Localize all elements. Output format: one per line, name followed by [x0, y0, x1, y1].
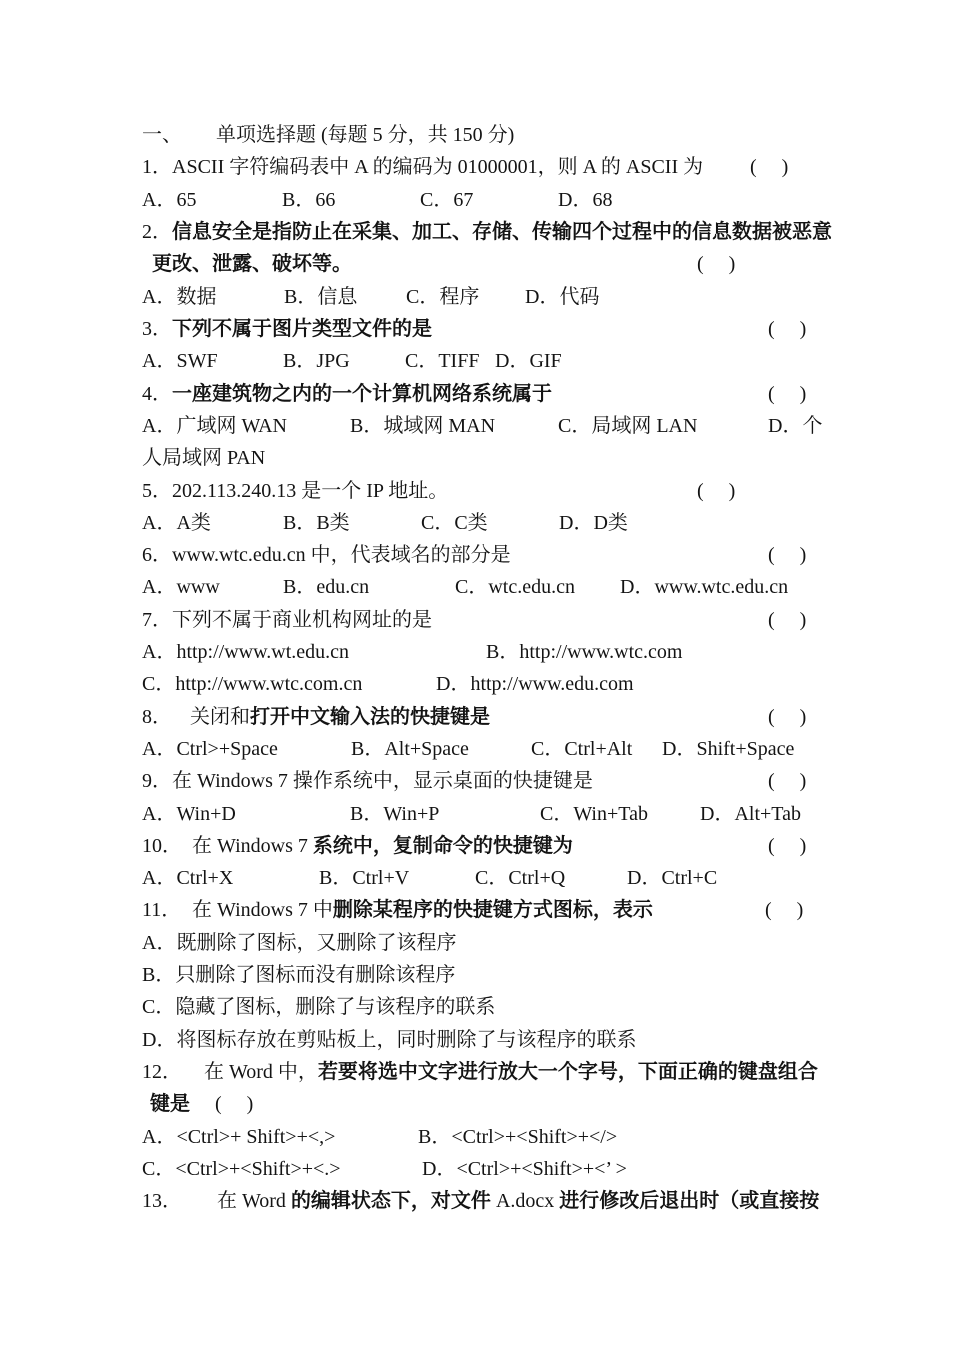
q7-option-c: C．http://www.wtc.com.cn	[142, 668, 436, 700]
question-10-options: A．Ctrl+XB．Ctrl+VC．Ctrl+QD．Ctrl+C	[142, 862, 842, 894]
question-2-stem-cont: 更改、泄露、破坏等。( )	[142, 248, 842, 280]
exam-document-page: 一、单项选择题 (每题 5 分，共 150 分) 1．ASCII 字符编码表中 …	[0, 0, 959, 1356]
question-11-text-bold: 删除某程序的快捷键方式图标，表示	[333, 899, 653, 921]
q6-option-a: A．www	[142, 571, 283, 603]
q10-option-d: D．Ctrl+C	[627, 862, 717, 894]
question-6-text: www.wtc.edu.cn 中，代表域名的部分是	[172, 544, 511, 566]
question-9-options: A．Win+DB．Win+PC．Win+TabD．Alt+Tab	[142, 798, 842, 830]
q3-option-b: B．JPG	[283, 345, 405, 377]
question-13-number: 13．	[142, 1185, 217, 1217]
question-8-options: A．Ctrl>+SpaceB．Alt+SpaceC．Ctrl+AltD．Shif…	[142, 733, 842, 765]
question-7-text: 下列不属于商业机构网址的是	[172, 609, 432, 631]
question-13-text-2: 的编辑状态下，对文件	[291, 1190, 496, 1212]
q10-option-b: B．Ctrl+V	[319, 862, 475, 894]
q1-option-d: D．68	[558, 184, 612, 216]
q8-option-d: D．Shift+Space	[662, 733, 794, 765]
question-6-number: 6．	[142, 539, 172, 571]
question-12-text: 在 Word 中，	[204, 1061, 318, 1083]
question-5-text: 202.113.240.13 是一个 IP 地址。	[172, 480, 448, 502]
q12-option-c: C．<Ctrl>+<Shift>+<.>	[142, 1153, 422, 1185]
q7-option-b: B．http://www.wtc.com	[486, 636, 682, 668]
section-title: 单项选择题 (每题 5 分，共 150 分)	[216, 124, 514, 146]
question-13-text-1: 在 Word	[217, 1190, 291, 1212]
question-11-number: 11．	[142, 894, 192, 926]
question-8-text-bold: 打开中文输入法的快捷键是	[250, 706, 490, 728]
q3-option-c: C．TIFF	[405, 345, 495, 377]
question-2-text-line1: 信息安全是指防止在采集、加工、存储、传输四个过程中的信息数据被恶意	[172, 221, 832, 243]
q4-option-b: B．城域网 MAN	[350, 410, 558, 442]
question-12-stem-cont: 键是( )	[142, 1088, 842, 1120]
q2-option-b: B．信息	[284, 281, 406, 313]
question-10-text-bold: 系统中，复制命令的快捷键为	[313, 835, 573, 857]
q5-option-a: A．A类	[142, 507, 283, 539]
question-13-text-3: A.docx	[496, 1190, 559, 1212]
question-10-text: 在 Windows 7	[192, 835, 313, 857]
q4-option-c: C．局域网 LAN	[558, 410, 768, 442]
q3-option-a: A．SWF	[142, 345, 283, 377]
q1-option-c: C．67	[420, 184, 558, 216]
question-1-stem: 1．ASCII 字符编码表中 A 的编码为 01000001，则 A 的 ASC…	[142, 151, 842, 183]
q12-option-b: B．<Ctrl>+<Shift>+</>	[418, 1121, 617, 1153]
answer-bracket: ( )	[697, 475, 735, 507]
question-2-stem: 2．信息安全是指防止在采集、加工、存储、传输四个过程中的信息数据被恶意	[142, 216, 842, 248]
q10-option-c: C．Ctrl+Q	[475, 862, 627, 894]
question-12-options-ab: A．<Ctrl>+ Shift>+<,>B．<Ctrl>+<Shift>+</>	[142, 1121, 842, 1153]
question-12-text-bold: 若要将选中文字进行放大一个字号，下面正确的键盘组合	[318, 1061, 818, 1083]
q2-option-a: A．数据	[142, 281, 284, 313]
q12-option-d: D．<Ctrl>+<Shift>+<’ >	[422, 1153, 627, 1185]
q6-option-c: C．wtc.edu.cn	[455, 571, 620, 603]
q6-option-b: B．edu.cn	[283, 571, 455, 603]
answer-bracket: ( )	[215, 1088, 253, 1120]
section-heading: 一、单项选择题 (每题 5 分，共 150 分)	[142, 119, 842, 151]
question-11-option-b: B．只删除了图标而没有删除该程序	[142, 959, 842, 991]
question-11-option-d: D．将图标存放在剪贴板上，同时删除了与该程序的联系	[142, 1024, 842, 1056]
question-10-number: 10．	[142, 830, 192, 862]
q11-option-b: B．只删除了图标而没有删除该程序	[142, 964, 455, 986]
question-12-options-cd: C．<Ctrl>+<Shift>+<.>D．<Ctrl>+<Shift>+<’ …	[142, 1153, 842, 1185]
q4-option-d: D．个	[768, 410, 822, 442]
section-number: 一、	[142, 119, 216, 151]
q8-option-b: B．Alt+Space	[351, 733, 531, 765]
q5-option-b: B．B类	[283, 507, 421, 539]
q8-option-a: A．Ctrl>+Space	[142, 733, 351, 765]
q11-option-a: A．既删除了图标，又删除了该程序	[142, 932, 456, 954]
q1-option-b: B．66	[282, 184, 420, 216]
question-5-stem: 5．202.113.240.13 是一个 IP 地址。( )	[142, 475, 842, 507]
question-4-stem: 4．一座建筑物之内的一个计算机网络系统属于( )	[142, 378, 842, 410]
answer-bracket: ( )	[768, 378, 806, 410]
question-4-text: 一座建筑物之内的一个计算机网络系统属于	[172, 383, 552, 405]
question-3-stem: 3．下列不属于图片类型文件的是( )	[142, 313, 842, 345]
question-3-text: 下列不属于图片类型文件的是	[172, 318, 432, 340]
q4-option-d-cont-text: 人局域网 PAN	[142, 447, 265, 469]
question-11-option-c: C．隐藏了图标，删除了与该程序的联系	[142, 991, 842, 1023]
q5-option-c: C．C类	[421, 507, 559, 539]
question-5-number: 5．	[142, 475, 172, 507]
question-7-stem: 7．下列不属于商业机构网址的是( )	[142, 604, 842, 636]
q10-option-a: A．Ctrl+X	[142, 862, 319, 894]
q2-option-c: C．程序	[406, 281, 525, 313]
question-5-options: A．A类B．B类C．C类D．D类	[142, 507, 842, 539]
answer-bracket: ( )	[768, 604, 806, 636]
question-4-number: 4．	[142, 378, 172, 410]
question-12-number: 12．	[142, 1056, 204, 1088]
q11-option-d: D．将图标存放在剪贴板上，同时删除了与该程序的联系	[142, 1029, 636, 1051]
q7-option-a: A．http://www.wt.edu.cn	[142, 636, 486, 668]
answer-bracket: ( )	[768, 539, 806, 571]
q2-option-d: D．代码	[525, 281, 599, 313]
question-7-options-ab: A．http://www.wt.edu.cnB．http://www.wtc.c…	[142, 636, 842, 668]
q9-option-d: D．Alt+Tab	[700, 798, 801, 830]
answer-bracket: ( )	[768, 765, 806, 797]
question-2-text-line2: 更改、泄露、破坏等。	[152, 253, 352, 275]
q12-option-a: A．<Ctrl>+ Shift>+<,>	[142, 1121, 418, 1153]
question-4-options: A．广域网 WANB．城域网 MANC．局域网 LAND．个	[142, 410, 842, 442]
q9-option-a: A．Win+D	[142, 798, 350, 830]
question-12-stem: 12．在 Word 中，若要将选中文字进行放大一个字号，下面正确的键盘组合	[142, 1056, 842, 1088]
q9-option-b: B．Win+P	[350, 798, 540, 830]
question-11-text: 在 Windows 7 中	[192, 899, 333, 921]
answer-bracket: ( )	[765, 894, 803, 926]
q11-option-c: C．隐藏了图标，删除了与该程序的联系	[142, 996, 495, 1018]
answer-bracket: ( )	[768, 830, 806, 862]
question-11-stem: 11．在 Windows 7 中删除某程序的快捷键方式图标，表示( )	[142, 894, 842, 926]
q8-option-c: C．Ctrl+Alt	[531, 733, 662, 765]
question-3-number: 3．	[142, 313, 172, 345]
question-13-stem: 13．在 Word 的编辑状态下，对文件 A.docx 进行修改后退出时（或直接…	[142, 1185, 842, 1217]
q7-option-d: D．http://www.edu.com	[436, 668, 634, 700]
question-6-options: A．wwwB．edu.cnC．wtc.edu.cnD．www.wtc.edu.c…	[142, 571, 842, 603]
question-2-number: 2．	[142, 216, 172, 248]
question-10-stem: 10．在 Windows 7 系统中，复制命令的快捷键为( )	[142, 830, 842, 862]
question-4-option-d-cont: 人局域网 PAN	[142, 442, 842, 474]
answer-bracket: ( )	[697, 248, 735, 280]
question-11-option-a: A．既删除了图标，又删除了该程序	[142, 927, 842, 959]
question-2-options: A．数据B．信息C．程序D．代码	[142, 281, 842, 313]
q5-option-d: D．D类	[559, 507, 628, 539]
question-8-stem: 8．关闭和打开中文输入法的快捷键是( )	[142, 701, 842, 733]
question-12-text-line2: 键是	[150, 1093, 190, 1115]
question-6-stem: 6．www.wtc.edu.cn 中，代表域名的部分是( )	[142, 539, 842, 571]
q9-option-c: C．Win+Tab	[540, 798, 700, 830]
question-1-number: 1．	[142, 151, 172, 183]
answer-bracket: ( )	[768, 701, 806, 733]
question-7-options-cd: C．http://www.wtc.com.cnD．http://www.edu.…	[142, 668, 842, 700]
question-3-options: A．SWFB．JPGC．TIFFD．GIF	[142, 345, 842, 377]
q6-option-d: D．www.wtc.edu.cn	[620, 571, 788, 603]
question-1-options: A．65B．66C．67D．68	[142, 184, 842, 216]
question-9-stem: 9．在 Windows 7 操作系统中，显示桌面的快捷键是( )	[142, 765, 842, 797]
q4-option-a: A．广域网 WAN	[142, 410, 350, 442]
q3-option-d: D．GIF	[495, 345, 562, 377]
question-9-number: 9．	[142, 765, 172, 797]
question-9-text: 在 Windows 7 操作系统中，显示桌面的快捷键是	[172, 770, 593, 792]
answer-bracket: ( )	[750, 151, 788, 183]
question-1-text: ASCII 字符编码表中 A 的编码为 01000001，则 A 的 ASCII…	[172, 156, 703, 178]
answer-bracket: ( )	[768, 313, 806, 345]
question-8-number: 8．	[142, 701, 190, 733]
q1-option-a: A．65	[142, 184, 282, 216]
question-13-text-4: 进行修改后退出时（或直接按	[559, 1190, 819, 1212]
question-7-number: 7．	[142, 604, 172, 636]
question-8-text: 关闭和	[190, 706, 250, 728]
